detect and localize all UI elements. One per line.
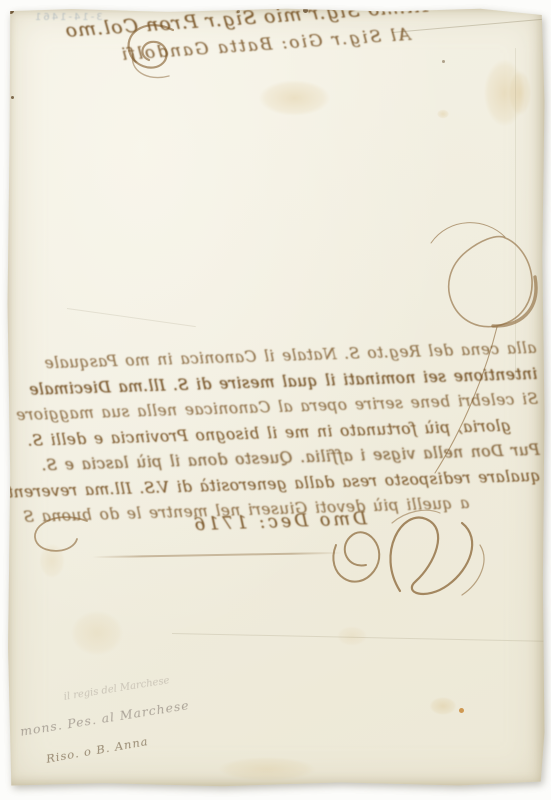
paper-sheet: 3-14-1461 Ill.mo Sig.r mio Sig.r P.ron C… xyxy=(7,8,545,787)
orange-speck xyxy=(459,708,464,713)
pencil-note-line: mons. Pes. al Marchese xyxy=(19,697,191,739)
paper-stain xyxy=(62,603,132,663)
address-bleedthrough-block: Ill.mo Sig.r mio Sig.r P.ron Col.mo Al S… xyxy=(97,8,430,69)
paper-stain xyxy=(435,108,451,120)
pencil-note-line: il regis del Marchese xyxy=(63,675,170,703)
signature-flourish-icon xyxy=(322,503,490,603)
pencil-note-line: Riso. o B. Anna xyxy=(45,734,149,766)
ink-speck xyxy=(11,96,14,99)
crease-line xyxy=(67,308,196,327)
letter-body-bleedthrough-block: alla cena del Reg.to S. Natale il Canoni… xyxy=(14,336,541,531)
paper-stain xyxy=(247,74,342,122)
flourish-underline xyxy=(92,552,342,558)
ink-speck xyxy=(7,8,14,14)
paper-stain xyxy=(505,63,535,123)
paper-stain xyxy=(425,694,461,718)
paper-stain xyxy=(202,753,332,785)
paper-shadow-wrap: 3-14-1461 Ill.mo Sig.r mio Sig.r P.ron C… xyxy=(7,8,545,787)
ink-speck xyxy=(442,60,445,63)
dateline-flourish-icon xyxy=(25,513,95,558)
scanned-document: 3-14-1461 Ill.mo Sig.r mio Sig.r P.ron C… xyxy=(0,0,551,800)
